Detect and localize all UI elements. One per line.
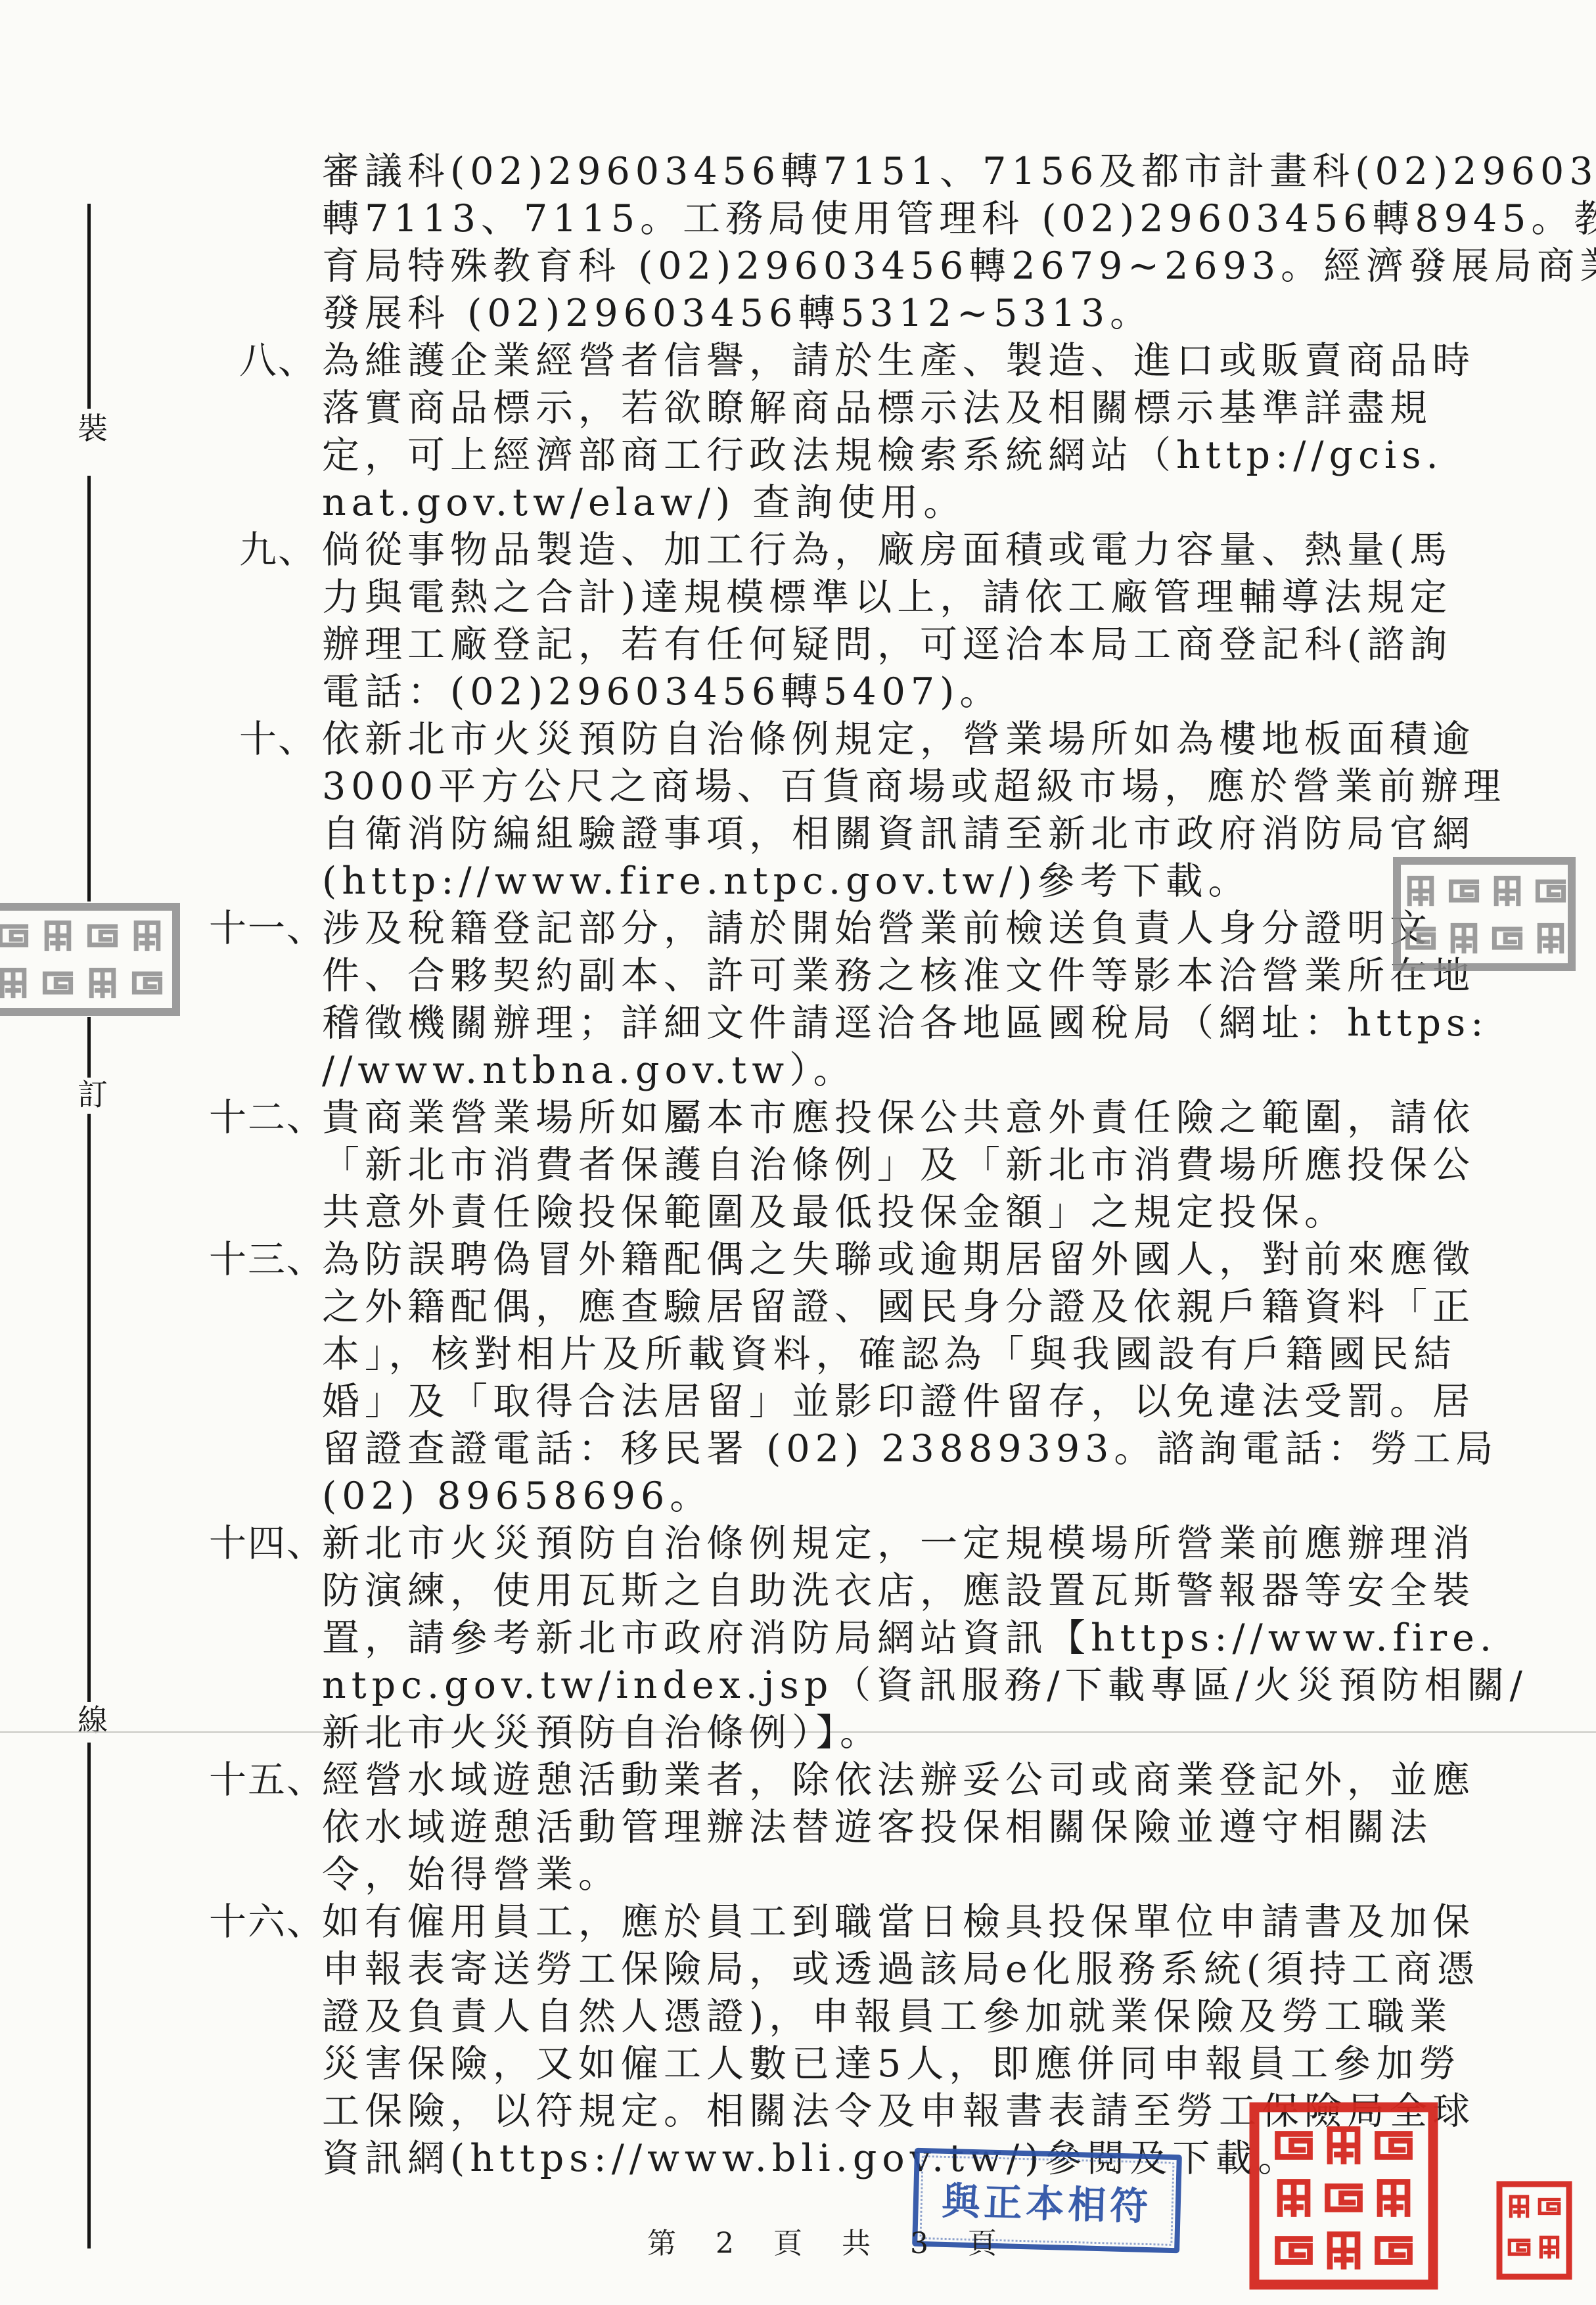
personal-name-seal	[1496, 2181, 1572, 2280]
text-line: 育局特殊教育科 (02)29603456轉2679~2693。經濟發展局商業	[0, 242, 1596, 290]
text-line: 九、 倘從事物品製造、加工行為，廠房面積或電力容量、熱量(馬	[0, 526, 1596, 574]
agency-seal-right-gray	[1393, 857, 1576, 971]
text-line: 本」，核對相片及所載資料，確認為「與我國設有戶籍國民結	[0, 1331, 1596, 1378]
item-number: 十二、	[209, 1094, 317, 1141]
item-number: 十一、	[209, 905, 317, 952]
line-text: 防演練，使用瓦斯之自助洗衣店，應設置瓦斯警報器等安全裝	[322, 1567, 1596, 1614]
line-text: 申報表寄送勞工保險局，或透過該局e化服務系統(須持工商憑	[322, 1946, 1596, 1993]
line-text: 新北市火災預防自治條例規定，一定規模場所營業前應辦理消	[322, 1520, 1596, 1567]
line-text: 災害保險，又如僱工人數已達5人，即應併同申報員工參加勞	[322, 2040, 1596, 2088]
item-number: 十四、	[209, 1520, 317, 1567]
line-text: 證及負責人自然人憑證)，申報員工參加就業保險及勞工職業	[322, 1993, 1596, 2040]
text-line: ntpc.gov.tw/index.jsp（資訊服務/下載專區/火災預防相關/	[0, 1662, 1596, 1709]
line-text: 辦理工廠登記，若有任何疑問，可逕洽本局工商登記科(諮詢	[322, 621, 1596, 668]
line-text: 本」，核對相片及所載資料，確認為「與我國設有戶籍國民結	[322, 1331, 1596, 1378]
line-text: 落實商品標示，若欲瞭解商品標示法及相關標示基準詳盡規	[322, 384, 1596, 432]
item-number: 十、	[209, 716, 317, 763]
text-line: (http://www.fire.ntpc.gov.tw/)參考下載。	[0, 857, 1596, 905]
line-text: 倘從事物品製造、加工行為，廠房面積或電力容量、熱量(馬	[322, 526, 1596, 574]
text-line: 十三、 為防誤聘偽冒外籍配偶之失聯或逾期居留外國人，對前來應徵	[0, 1236, 1596, 1283]
document-text: 審議科(02)29603456轉7151、7156及都市計畫科(02)29603…	[0, 148, 1596, 2182]
line-text: 電話：(02)29603456轉5407)。	[322, 668, 1596, 716]
text-line: 申報表寄送勞工保險局，或透過該局e化服務系統(須持工商憑	[0, 1946, 1596, 1993]
text-line: 十一、 涉及稅籍登記部分，請於開始營業前檢送負責人身分證明文	[0, 905, 1596, 952]
line-text: 置，請參考新北市政府消防局網站資訊【https://www.fire.	[322, 1614, 1596, 1662]
text-line: 發展科 (02)29603456轉5312~5313。	[0, 290, 1596, 337]
line-text: //www.ntbna.gov.tw）。	[322, 1047, 1596, 1094]
item-number: 十五、	[209, 1756, 317, 1804]
line-text: 貴商業營業場所如屬本市應投保公共意外責任險之範圍，請依	[322, 1094, 1596, 1141]
line-text: 審議科(02)29603456轉7151、7156及都市計畫科(02)29603…	[322, 148, 1596, 195]
line-text: 如有僱用員工，應於員工到職當日檢具投保單位申請書及加保	[322, 1898, 1596, 1946]
line-text: (02) 89658696。	[322, 1472, 1596, 1520]
line-text: 令，始得營業。	[322, 1851, 1596, 1898]
text-line: 定，可上經濟部商工行政法規檢索系統網站（http://gcis.	[0, 432, 1596, 479]
line-text: 婚」及「取得合法居留」並影印證件留存，以免違法受罰。居	[322, 1378, 1596, 1425]
scanned-official-document: 裝 訂 線 審議科(02)29603456轉7151、7156及都市計畫科(02…	[0, 0, 1596, 2305]
text-line: 之外籍配偶，應查驗居留證、國民身分證及依親戶籍資料「正	[0, 1283, 1596, 1331]
line-text: 之外籍配偶，應查驗居留證、國民身分證及依親戶籍資料「正	[322, 1283, 1596, 1331]
line-text: 轉7113、7115。工務局使用管理科 (02)29603456轉8945。教	[322, 195, 1596, 242]
text-line: 件、合夥契約副本、許可業務之核准文件等影本洽營業所在地	[0, 952, 1596, 999]
item-number: 八、	[209, 337, 317, 384]
text-line: 防演練，使用瓦斯之自助洗衣店，應設置瓦斯警報器等安全裝	[0, 1567, 1596, 1614]
line-text: 自衛消防編組驗證事項，相關資訊請至新北市政府消防局官網	[322, 810, 1596, 857]
line-text: 定，可上經濟部商工行政法規檢索系統網站（http://gcis.	[322, 432, 1596, 479]
text-line: 3000平方公尺之商場、百貨商場或超級市場，應於營業前辦理	[0, 763, 1596, 810]
text-line: 共意外責任險投保範圍及最低投保金額」之規定投保。	[0, 1189, 1596, 1236]
line-text: 「新北市消費者保護自治條例」及「新北市消費場所應投保公	[322, 1141, 1596, 1189]
text-line: 力與電熱之合計)達規模標準以上，請依工廠管理輔導法規定	[0, 574, 1596, 621]
text-line: 十、 依新北市火災預防自治條例規定，營業場所如為樓地板面積逾	[0, 716, 1596, 763]
official-red-seal	[1248, 2101, 1439, 2291]
agency-seal-left-gray	[0, 903, 180, 1016]
text-line: 轉7113、7115。工務局使用管理科 (02)29603456轉8945。教	[0, 195, 1596, 242]
line-text: 新北市火災預防自治條例）】。	[322, 1709, 1596, 1756]
text-line: 十四、 新北市火災預防自治條例規定，一定規模場所營業前應辦理消	[0, 1520, 1596, 1567]
item-number: 十六、	[209, 1898, 317, 1946]
text-line: 辦理工廠登記，若有任何疑問，可逕洽本局工商登記科(諮詢	[0, 621, 1596, 668]
text-line: (02) 89658696。	[0, 1472, 1596, 1520]
line-text: 依新北市火災預防自治條例規定，營業場所如為樓地板面積逾	[322, 716, 1596, 763]
line-text: 力與電熱之合計)達規模標準以上，請依工廠管理輔導法規定	[322, 574, 1596, 621]
item-number: 十三、	[209, 1236, 317, 1283]
text-line: nat.gov.tw/elaw/) 查詢使用。	[0, 479, 1596, 526]
text-line: 稽徵機關辦理；詳細文件請逕洽各地區國稅局（網址：https:	[0, 999, 1596, 1047]
page-number-footer: 第 2 頁 共 3 頁	[647, 2220, 1003, 2262]
line-text: 稽徵機關辦理；詳細文件請逕洽各地區國稅局（網址：https:	[322, 999, 1596, 1047]
text-line: //www.ntbna.gov.tw）。	[0, 1047, 1596, 1094]
line-text: 為防誤聘偽冒外籍配偶之失聯或逾期居留外國人，對前來應徵	[322, 1236, 1596, 1283]
text-line: 審議科(02)29603456轉7151、7156及都市計畫科(02)29603…	[0, 148, 1596, 195]
text-line: 自衛消防編組驗證事項，相關資訊請至新北市政府消防局官網	[0, 810, 1596, 857]
text-line: 新北市火災預防自治條例）】。	[0, 1709, 1596, 1756]
line-text: nat.gov.tw/elaw/) 查詢使用。	[322, 479, 1596, 526]
item-number: 九、	[209, 526, 317, 574]
text-line: 落實商品標示，若欲瞭解商品標示法及相關標示基準詳盡規	[0, 384, 1596, 432]
text-line: 八、 為維護企業經營者信譽，請於生產、製造、進口或販賣商品時	[0, 337, 1596, 384]
text-line: 依水域遊憩活動管理辦法替遊客投保相關保險並遵守相關法	[0, 1804, 1596, 1851]
line-text: 育局特殊教育科 (02)29603456轉2679~2693。經濟發展局商業	[322, 242, 1596, 290]
text-line: 災害保險，又如僱工人數已達5人，即應併同申報員工參加勞	[0, 2040, 1596, 2088]
text-line: 留證查證電話：移民署 (02) 23889393。諮詢電話：勞工局	[0, 1425, 1596, 1472]
line-text: 為維護企業經營者信譽，請於生產、製造、進口或販賣商品時	[322, 337, 1596, 384]
text-line: 令，始得營業。	[0, 1851, 1596, 1898]
line-text: 留證查證電話：移民署 (02) 23889393。諮詢電話：勞工局	[322, 1425, 1596, 1472]
text-line: 電話：(02)29603456轉5407)。	[0, 668, 1596, 716]
line-text: 發展科 (02)29603456轉5312~5313。	[322, 290, 1596, 337]
text-line: 十六、 如有僱用員工，應於員工到職當日檢具投保單位申請書及加保	[0, 1898, 1596, 1946]
line-text: 共意外責任險投保範圍及最低投保金額」之規定投保。	[322, 1189, 1596, 1236]
line-text: 依水域遊憩活動管理辦法替遊客投保相關保險並遵守相關法	[322, 1804, 1596, 1851]
text-line: 證及負責人自然人憑證)，申報員工參加就業保險及勞工職業	[0, 1993, 1596, 2040]
text-line: 「新北市消費者保護自治條例」及「新北市消費場所應投保公	[0, 1141, 1596, 1189]
text-line: 十二、 貴商業營業場所如屬本市應投保公共意外責任險之範圍，請依	[0, 1094, 1596, 1141]
line-text: 3000平方公尺之商場、百貨商場或超級市場，應於營業前辦理	[322, 763, 1596, 810]
text-line: 婚」及「取得合法居留」並影印證件留存，以免違法受罰。居	[0, 1378, 1596, 1425]
line-text: 經營水域遊憩活動業者，除依法辦妥公司或商業登記外，並應	[322, 1756, 1596, 1804]
text-line: 十五、 經營水域遊憩活動業者，除依法辦妥公司或商業登記外，並應	[0, 1756, 1596, 1804]
line-text: ntpc.gov.tw/index.jsp（資訊服務/下載專區/火災預防相關/	[322, 1662, 1596, 1709]
text-line: 置，請參考新北市政府消防局網站資訊【https://www.fire.	[0, 1614, 1596, 1662]
